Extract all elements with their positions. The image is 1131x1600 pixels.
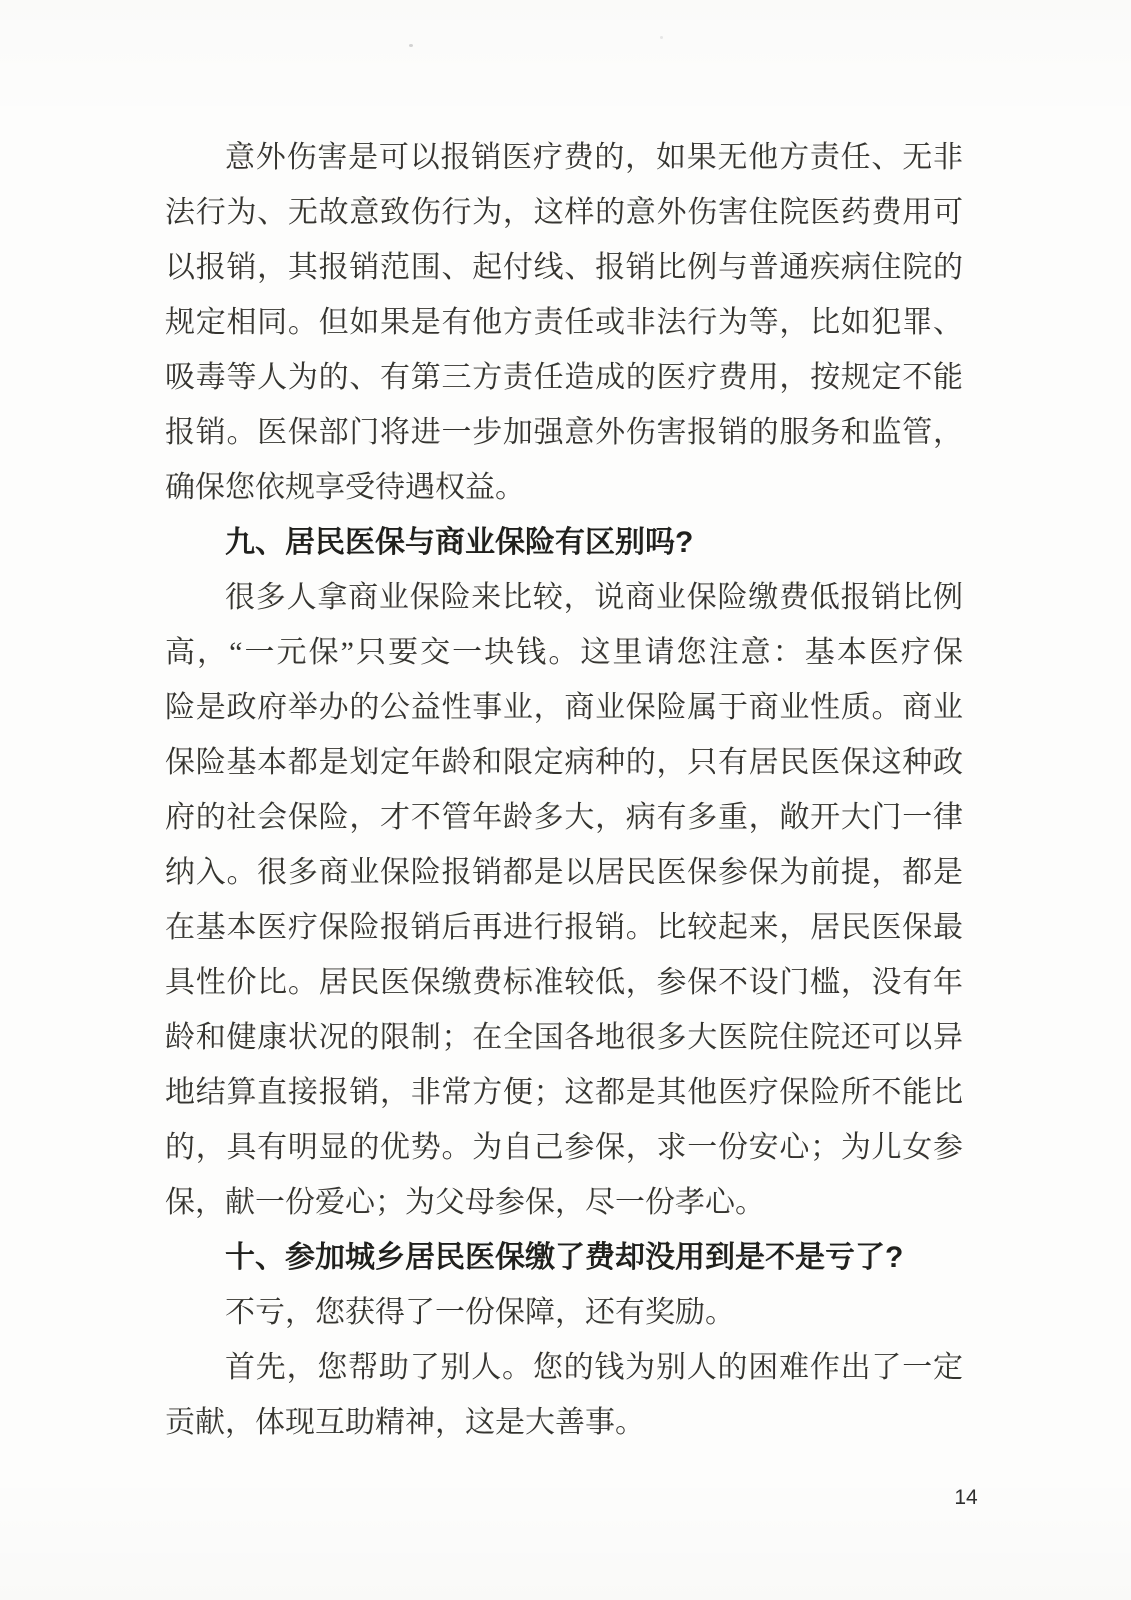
scan-speck [660,36,663,39]
paragraph-line: 确保您依规享受待遇权益。 [165,460,963,515]
paragraph-line: 地结算直接报销，非常方便；这都是其他医疗保险所不能比 [165,1065,963,1120]
document-body: 意外伤害是可以报销医疗费的，如果无他方责任、无非法行为、无故意致伤行为，这样的意… [165,130,963,1450]
paragraph-line: 保，献一份爱心；为父母参保，尽一份孝心。 [165,1175,963,1230]
paragraph-line: 在基本医疗保险报销后再进行报销。比较起来，居民医保最 [165,900,963,955]
paragraph-line: 首先，您帮助了别人。您的钱为别人的困难作出了一定 [165,1340,963,1395]
section-heading: 九、居民医保与商业保险有区别吗? [165,515,963,570]
page-number: 14 [944,1484,988,1512]
section-heading: 十、参加城乡居民医保缴了费却没用到是不是亏了? [165,1230,963,1285]
paragraph-line: 高，“一元保”只要交一块钱。这里请您注意：基本医疗保 [165,625,963,680]
paragraph-line: 具性价比。居民医保缴费标准较低，参保不设门槛，没有年 [165,955,963,1010]
paragraph-line: 很多人拿商业保险来比较，说商业保险缴费低报销比例 [165,570,963,625]
paragraph-line: 府的社会保险，才不管年龄多大，病有多重，敞开大门一律 [165,790,963,845]
paragraph-line: 纳入。很多商业保险报销都是以居民医保参保为前提，都是 [165,845,963,900]
paragraph-line: 以报销，其报销范围、起付线、报销比例与普通疾病住院的 [165,240,963,295]
paragraph-line: 保险基本都是划定年龄和限定病种的，只有居民医保这种政 [165,735,963,790]
paragraph-line: 吸毒等人为的、有第三方责任造成的医疗费用，按规定不能 [165,350,963,405]
document-page: 意外伤害是可以报销医疗费的，如果无他方责任、无非法行为、无故意致伤行为，这样的意… [0,0,1131,1600]
paragraph-line: 贡献，体现互助精神，这是大善事。 [165,1395,963,1450]
paragraph-line: 龄和健康状况的限制；在全国各地很多大医院住院还可以异 [165,1010,963,1065]
paragraph-line: 规定相同。但如果是有他方责任或非法行为等，比如犯罪、 [165,295,963,350]
paragraph-line: 报销。医保部门将进一步加强意外伤害报销的服务和监管， [165,405,963,460]
paragraph-line: 法行为、无故意致伤行为，这样的意外伤害住院医药费用可 [165,185,963,240]
scan-speck [409,44,413,47]
paragraph-line: 意外伤害是可以报销医疗费的，如果无他方责任、无非 [165,130,963,185]
paragraph-line: 的，具有明显的优势。为自己参保，求一份安心；为儿女参 [165,1120,963,1175]
paragraph-line: 险是政府举办的公益性事业，商业保险属于商业性质。商业 [165,680,963,735]
paragraph-line: 不亏，您获得了一份保障，还有奖励。 [165,1285,963,1340]
